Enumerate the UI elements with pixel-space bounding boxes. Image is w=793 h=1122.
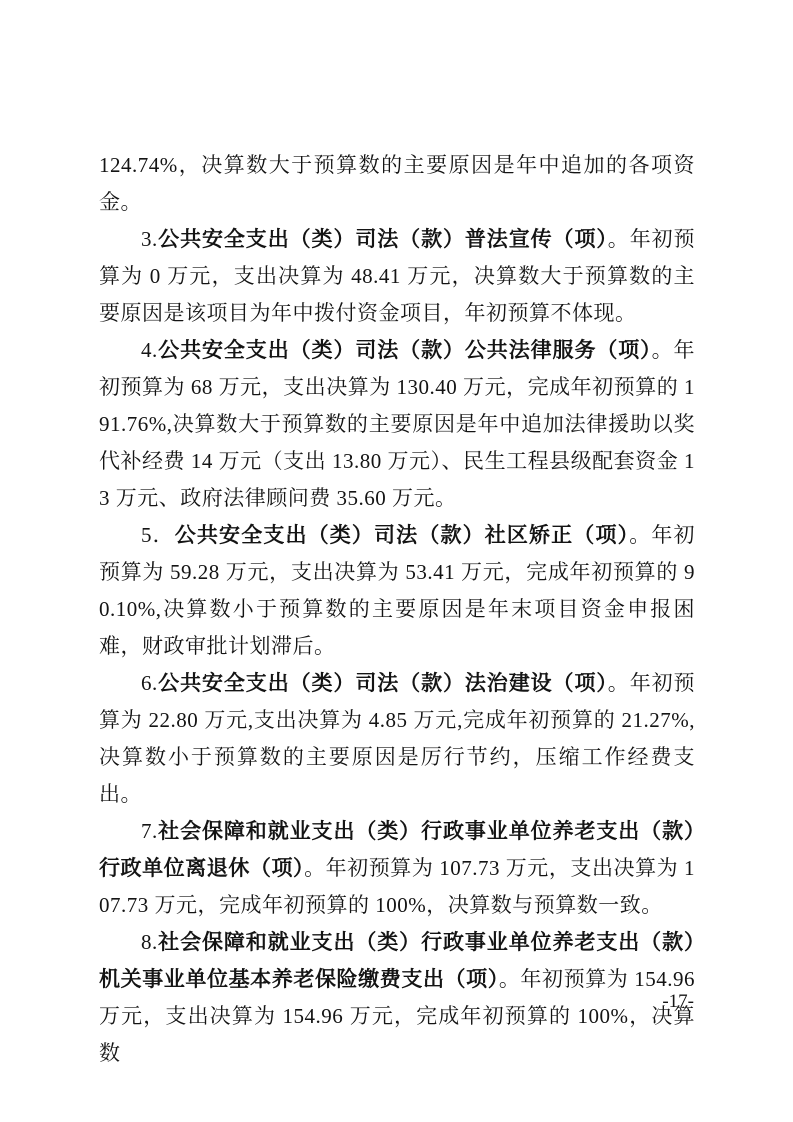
text-segment: 5． xyxy=(141,523,175,547)
paragraph: 3.公共安全支出（类）司法（款）普法宣传（项）。年初预算为 0 万元，支出决算为… xyxy=(99,221,695,332)
paragraph: 124.74%，决算数大于预算数的主要原因是年中追加的各项资金。 xyxy=(99,147,695,221)
text-segment: 7. xyxy=(141,819,158,843)
text-segment: 124.74%，决算数大于预算数的主要原因是年中追加的各项资金。 xyxy=(99,153,695,214)
paragraph: 7.社会保障和就业支出（类）行政事业单位养老支出（款）行政单位离退休（项）。年初… xyxy=(99,813,695,924)
budget-item-heading: 公共安全支出（类）司法（款）公共法律服务（项） xyxy=(158,339,652,362)
budget-item-heading: 公共安全支出（类）司法（款）法治建设（项） xyxy=(158,672,608,695)
paragraph: 8.社会保障和就业支出（类）行政事业单位养老支出（款）机关事业单位基本养老保险缴… xyxy=(99,924,695,1072)
budget-item-heading: 公共安全支出（类）司法（款）社区矫正（项） xyxy=(175,524,629,547)
page-number: -17- xyxy=(662,990,694,1014)
text-segment: 3. xyxy=(141,227,158,251)
budget-item-heading: 公共安全支出（类）司法（款）普法宣传（项） xyxy=(158,228,608,251)
paragraph: 6.公共安全支出（类）司法（款）法治建设（项）。年初预算为 22.80 万元,支… xyxy=(99,665,695,813)
paragraph: 4.公共安全支出（类）司法（款）公共法律服务（项）。年初预算为 68 万元，支出… xyxy=(99,332,695,517)
document-page: 124.74%，决算数大于预算数的主要原因是年中追加的各项资金。3.公共安全支出… xyxy=(0,0,793,1122)
text-segment: 。年初预算为 68 万元，支出决算为 130.40 万元，完成年初预算的 191… xyxy=(99,338,695,510)
paragraph: 5．公共安全支出（类）司法（款）社区矫正（项）。年初预算为 59.28 万元，支… xyxy=(99,517,695,665)
document-body: 124.74%，决算数大于预算数的主要原因是年中追加的各项资金。3.公共安全支出… xyxy=(99,147,695,1072)
text-segment: 8. xyxy=(141,930,158,954)
text-segment: 6. xyxy=(141,671,158,695)
text-segment: 4. xyxy=(141,338,158,362)
